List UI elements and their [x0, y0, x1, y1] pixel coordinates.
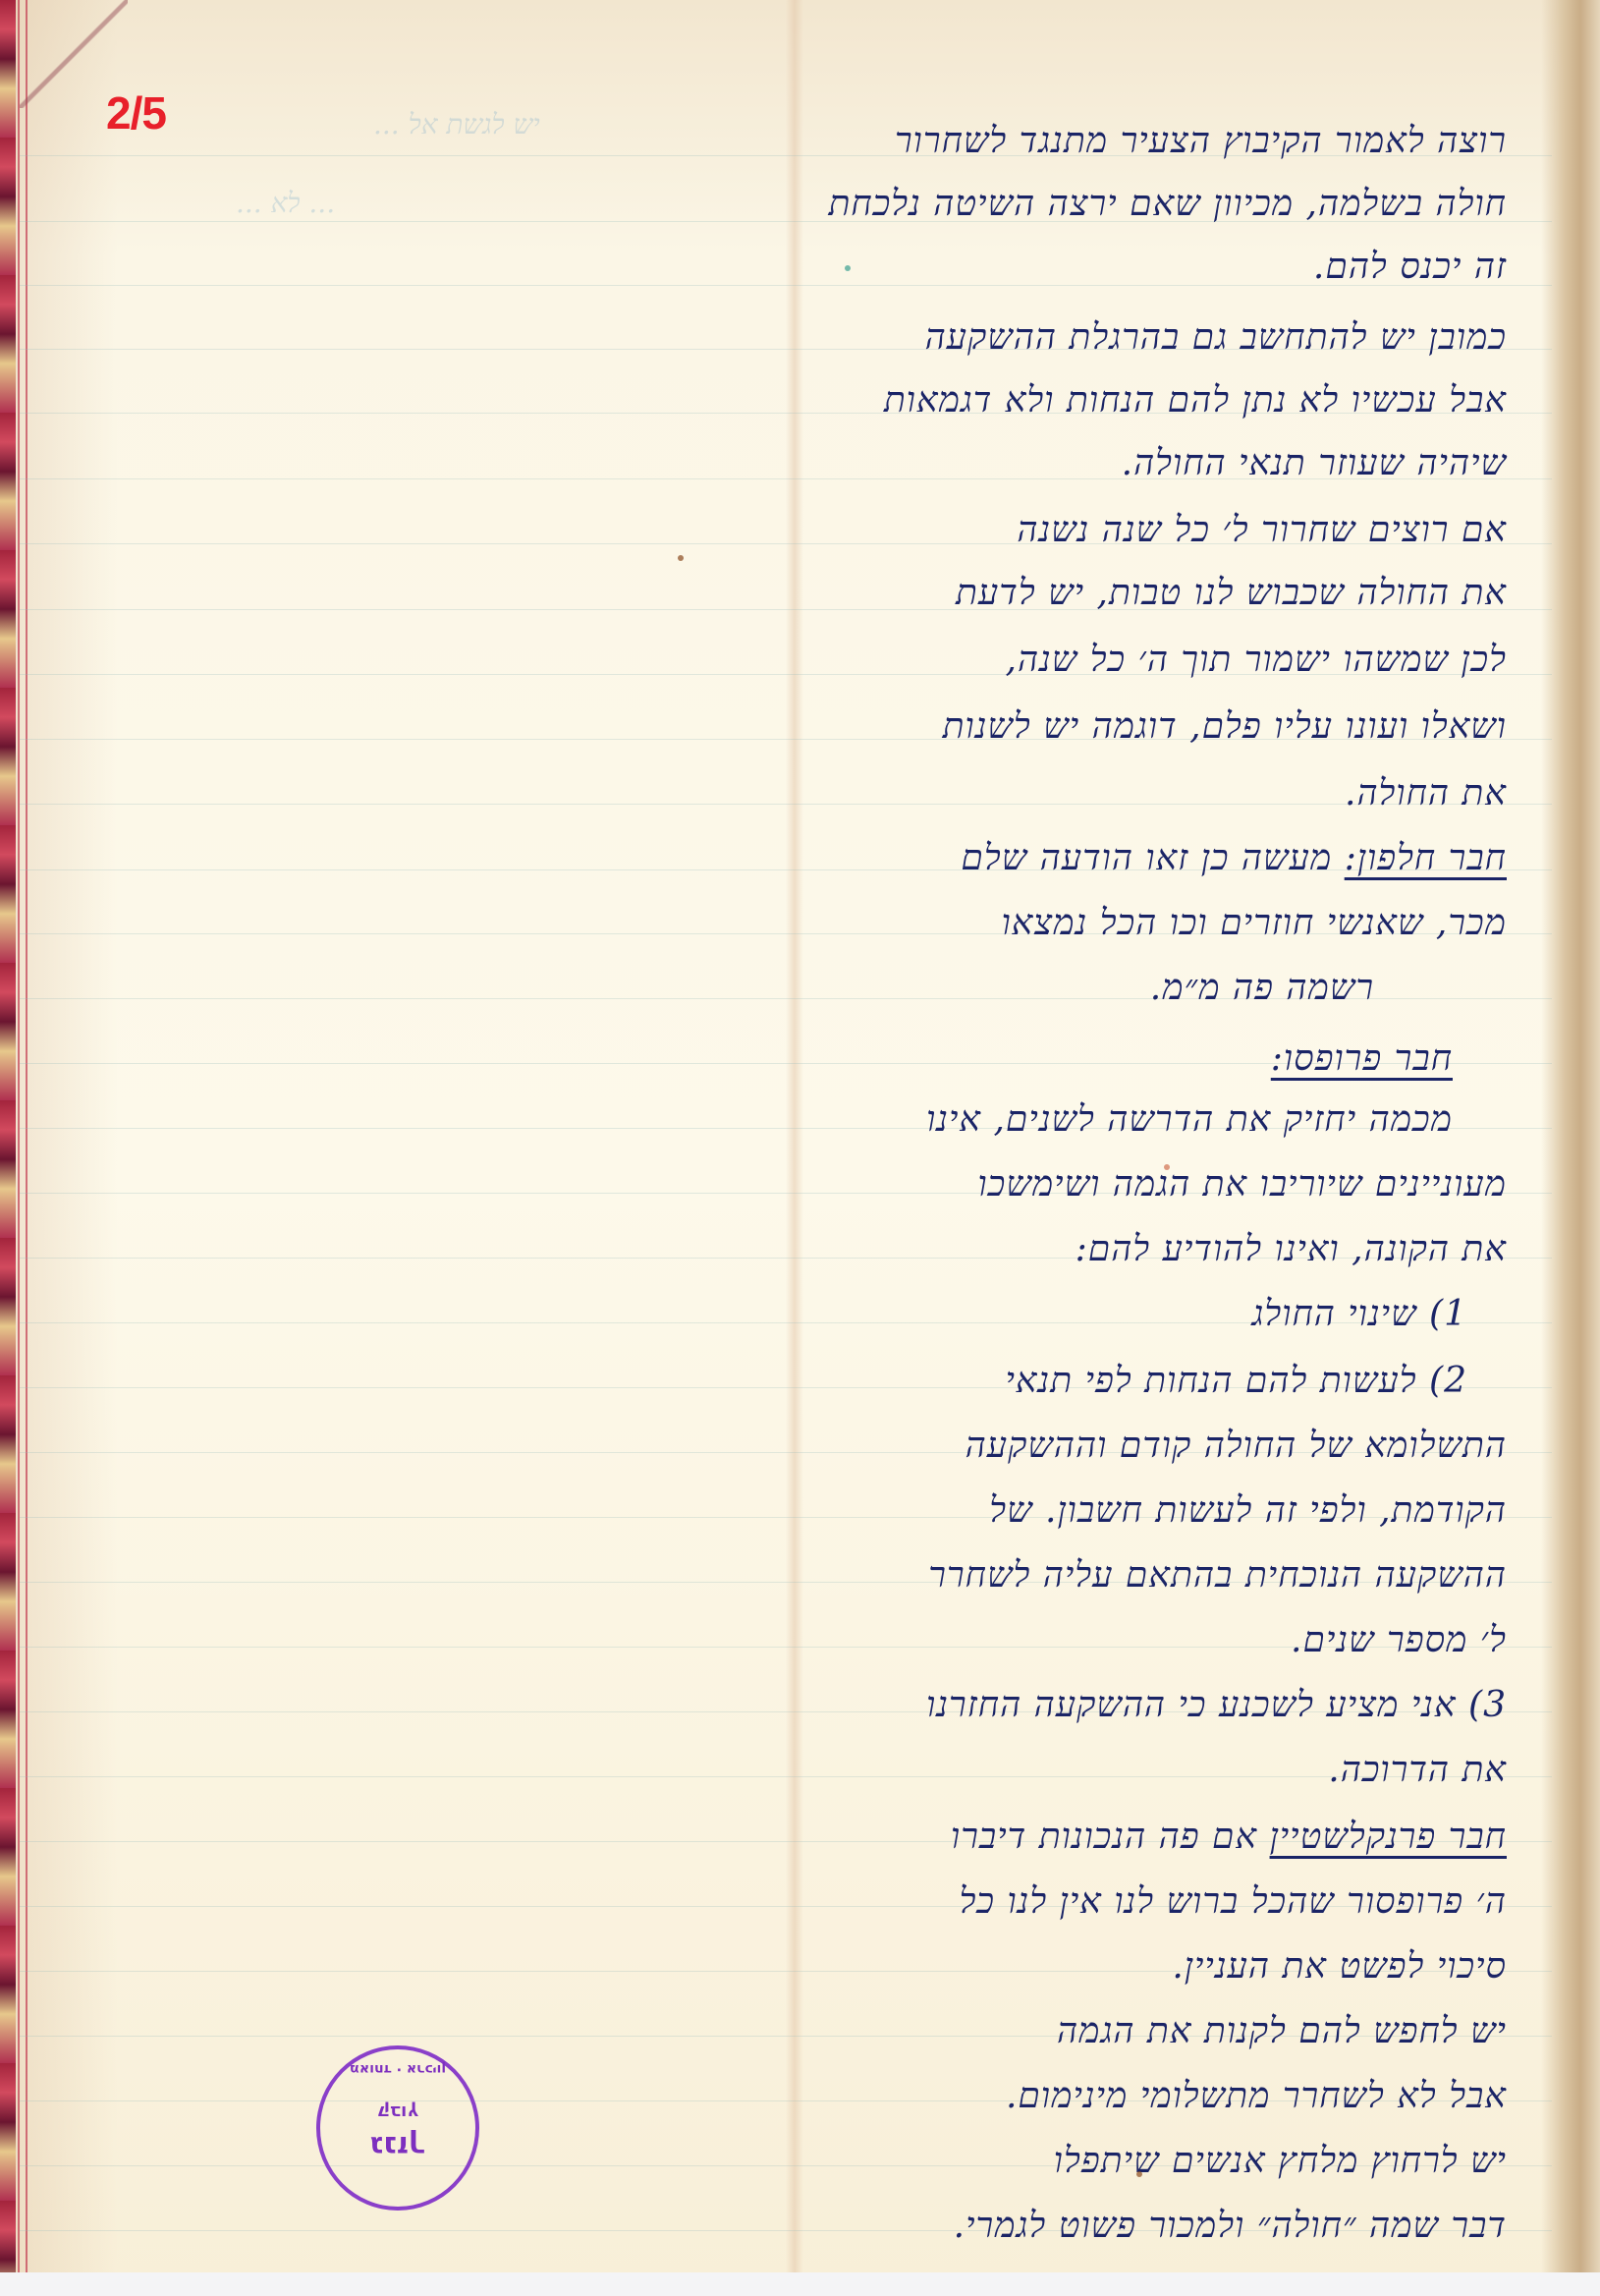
- stamp-center-text: גנזך: [320, 2129, 475, 2163]
- handwritten-line: לכן שמשהו ישמור תוך ה׳ כל שנה,: [1006, 639, 1507, 680]
- scan-border: [0, 2272, 1600, 2296]
- handwritten-line: כמובן יש להתחשב גם בהרגלת ההשקעה: [925, 316, 1507, 358]
- list-item: 3) אני מציע לשכנע כי ההשקעה החזרנו: [926, 1684, 1507, 1725]
- handwritten-line: רוצה לאמור הקיבוץ הצעיר מתנגד לשחרור: [895, 120, 1507, 161]
- handwritten-line: סיכוי לפשט את העניין.: [1172, 1945, 1507, 1987]
- speaker-text: אם פה הנכונות דיברו: [951, 1817, 1257, 1857]
- speaker-block: חבר חלפון: מעשה כן זאו הודעה שלם: [961, 837, 1507, 878]
- speaker-block: חבר פרופסו:: [1271, 1037, 1453, 1079]
- list-item: 2) לעשות להם הנחות לפי תנאי: [1005, 1360, 1467, 1401]
- paper-speck: [1164, 1164, 1170, 1170]
- notebook-binding: [0, 0, 16, 2296]
- handwritten-line: זה יכנס להם.: [1313, 246, 1507, 287]
- handwritten-line: מכמה יחזיק את הדרשה לשנים, אינו: [926, 1098, 1453, 1140]
- bleed-through-text: ... לא ...: [236, 187, 335, 220]
- list-item: 1) שינוי החולג: [1252, 1293, 1467, 1334]
- handwritten-line: את החולה שכבוש לנו טבות, יש לדעת: [956, 572, 1507, 613]
- paper-speck: [1136, 2171, 1142, 2177]
- handwritten-line: אבל לא לשחרר מתשלומי מינימום.: [1006, 2075, 1507, 2116]
- page-edge-shadow: [1541, 0, 1600, 2296]
- handwritten-line: הקודמת, ולפי זה לעשות חשבון. של: [989, 1489, 1507, 1531]
- handwritten-line: ה׳ פרופסור שהכל ברוש לנו אין לנו כל: [960, 1880, 1507, 1922]
- handwritten-line: חולה בשלמה, מכיוון שאם ירצה השיטה נלכחת: [828, 183, 1507, 224]
- paper-speck: [678, 555, 684, 561]
- archive-stamp: גנזך קבוץ מאוחד · ארכיון: [316, 2045, 479, 2211]
- handwritten-line: את הדרוכה.: [1328, 1749, 1507, 1790]
- handwritten-line: מעוניינים שיוריבו את הגמה ושימשכו: [978, 1163, 1507, 1204]
- handwritten-line: רשמה פה מ״מ.: [1150, 967, 1374, 1008]
- page-fold: [786, 0, 803, 2296]
- ruled-line: [20, 804, 1552, 805]
- handwritten-line: דבר שמה ״חולה״ ולמכור פשוט לגמרי.: [954, 2205, 1507, 2246]
- stamp-sub-text: קבוץ: [320, 2101, 475, 2122]
- handwritten-line: מכר, שאנשי חוזרים וכו הכל נמצאו: [1002, 902, 1507, 943]
- handwritten-line: ל׳ מספר שנים.: [1291, 1619, 1507, 1660]
- speaker-text: מעשה כן זאו הודעה שלם: [961, 838, 1332, 878]
- binding-edge-line: [26, 0, 28, 2296]
- speaker-name: חבר פרנקלשטיין: [1270, 1817, 1507, 1857]
- handwritten-line: את הקונה, ואינו להודיע להם:: [1076, 1228, 1507, 1269]
- speaker-name: חבר חלפון:: [1345, 838, 1507, 878]
- stamp-ring-text: מאוחד · ארכיון: [320, 2061, 475, 2077]
- handwritten-line: יש לחפש להם לקנות את הגמה: [1057, 2010, 1507, 2051]
- handwritten-line: שיהיה שעוזר תנאי החולה.: [1122, 442, 1507, 483]
- binding-edge-line: [18, 0, 20, 2296]
- handwritten-line: ההשקעה הנוכחית בהתאם עליה לשחרר: [928, 1554, 1507, 1596]
- paper-speck: [845, 265, 851, 271]
- handwritten-line: אם רוצים שחרור ל׳ כל שנה נשנה: [1017, 509, 1507, 550]
- scanned-notebook-page: 2/5 יש לגשת אל ... ... לא ... רוצה לאמור…: [0, 0, 1600, 2296]
- bleed-through-text: יש לגשת אל ...: [373, 108, 540, 141]
- handwritten-line: אבל עכשיו לא נתן להם הנחות ולא דגמאות: [884, 379, 1507, 420]
- ruled-line: [20, 1776, 1552, 1777]
- speaker-name: חבר פרופסו:: [1271, 1038, 1453, 1079]
- speaker-block: חבר פרנקלשטיין אם פה הנכונות דיברו: [951, 1816, 1507, 1857]
- handwritten-line: את החולה.: [1345, 772, 1507, 813]
- page-number-label: 2/5: [106, 86, 166, 140]
- handwritten-line: יש לרחוץ מלחץ אנשים שיתפלו: [1054, 2140, 1507, 2181]
- handwritten-line: התשלומא של החולה קודם וההשקעה: [966, 1425, 1507, 1466]
- handwritten-line: ושאלו ועונו עליו פלם, דוגמה יש לשנות: [943, 705, 1507, 747]
